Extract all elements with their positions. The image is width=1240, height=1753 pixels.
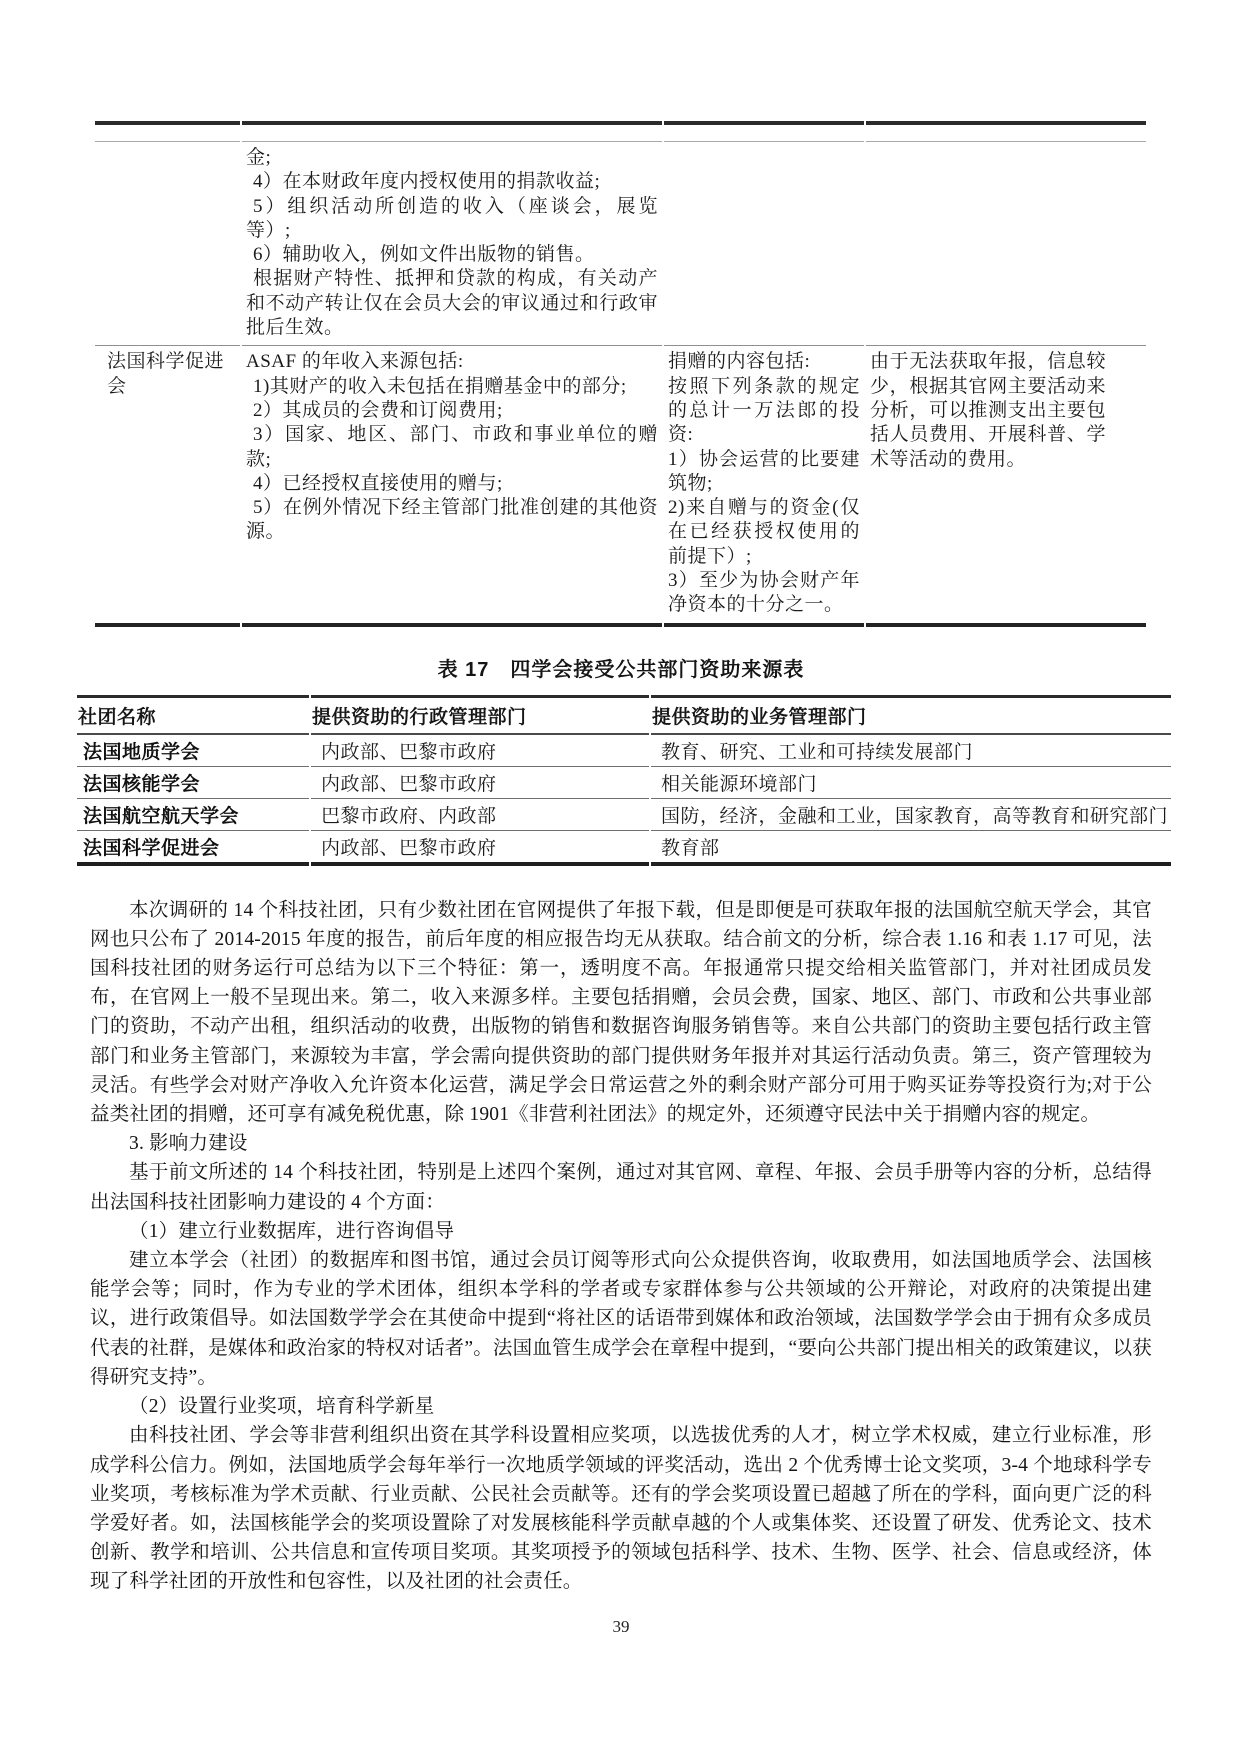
donation-line: 2)来自赠与的资金(仅在已经获授权使用的前提下）;	[668, 496, 860, 569]
income-line: 3）国家、地区、部门、市政和事业单位的赠款;	[246, 423, 658, 472]
cell-business-dept: 相关能源环境部门	[651, 767, 1171, 799]
cell-business-dept: 国防，经济，金融和工业，国家教育，高等教育和研究部门	[651, 799, 1171, 831]
page-number: 39	[90, 1617, 1152, 1637]
page-content: 金; 4）在本财政年度内授权使用的捐款收益; 5）组织活动所创造的收入（座谈会，…	[90, 121, 1152, 1637]
income-line: 根据财产特性、抵押和贷款的构成，有关动产和不动产转让仅在会员大会的审议通过和行政…	[246, 267, 658, 340]
cell-income-sources: ASAF 的年收入来源包括: 1)其财产的收入未包括在捐赠基金中的部分; 2）其…	[242, 345, 662, 626]
cell-society-name-empty	[95, 142, 240, 345]
subsection-heading: （2）设置行业奖项，培育科学新星	[90, 1392, 1152, 1421]
cell-admin-dept: 内政部、巴黎市政府	[311, 767, 649, 799]
rule-cell	[242, 121, 662, 142]
cell-society-name: 法国核能学会	[77, 767, 309, 799]
rule-cell	[866, 121, 1146, 142]
table-row: 法国核能学会 内政部、巴黎市政府 相关能源环境部门	[77, 767, 1171, 799]
table-row-asaf: 法国科学促进会 ASAF 的年收入来源包括: 1)其财产的收入未包括在捐赠基金中…	[95, 345, 1146, 626]
table-row: 法国科学促进会 内政部、巴黎市政府 教育部	[77, 831, 1171, 866]
cell-expense-empty	[866, 142, 1146, 345]
header-society-name: 社团名称	[77, 695, 309, 735]
income-line: 4）已经授权直接使用的赠与;	[246, 472, 658, 496]
income-line: 2）其成员的会费和订阅费用;	[246, 399, 658, 423]
income-line: 6）辅助收入，例如文件出版物的销售。	[246, 243, 658, 267]
cell-donation-content: 捐赠的内容包括: 按照下列条款的规定的总计一万法郎的投资: 1）协会运营的比要建…	[664, 345, 864, 626]
subsection-heading: （1）建立行业数据库，进行咨询倡导	[90, 1217, 1152, 1246]
donation-line: 按照下列条款的规定的总计一万法郎的投资:	[668, 375, 860, 448]
body-paragraph: 由科技社团、学会等非营利组织出资在其学科设置相应奖项，以选拔优秀的人才，树立学术…	[90, 1421, 1152, 1596]
income-line: 5）在例外情况下经主管部门批准创建的其他资源。	[246, 496, 658, 545]
continued-table: 金; 4）在本财政年度内授权使用的捐款收益; 5）组织活动所创造的收入（座谈会，…	[93, 121, 1148, 627]
cell-society-name: 法国科学促进会	[77, 831, 309, 866]
body-paragraph: 建立本学会（社团）的数据库和图书馆，通过会员订阅等形式向公众提供咨询，收取费用，…	[90, 1246, 1152, 1392]
table17-header-row: 社团名称 提供资助的行政管理部门 提供资助的业务管理部门	[77, 695, 1171, 735]
body-paragraph: 基于前文所述的 14 个科技社团，特别是上述四个案例，通过对其官网、章程、年报、…	[90, 1158, 1152, 1216]
income-line: 1)其财产的收入未包括在捐赠基金中的部分;	[246, 375, 658, 399]
section-heading: 3. 影响力建设	[90, 1129, 1152, 1158]
rule-cell	[95, 121, 240, 142]
table-row: 法国航空航天学会 巴黎市政府、内政部 国防，经济，金融和工业，国家教育，高等教育…	[77, 799, 1171, 831]
table-row-continuation: 金; 4）在本财政年度内授权使用的捐款收益; 5）组织活动所创造的收入（座谈会，…	[95, 142, 1146, 345]
cell-admin-dept: 巴黎市政府、内政部	[311, 799, 649, 831]
donation-line: 3）至少为协会财产年净资本的十分之一。	[668, 569, 860, 618]
table-row: 法国地质学会 内政部、巴黎市政府 教育、研究、工业和可持续发展部门	[77, 735, 1171, 767]
cell-business-dept: 教育、研究、工业和可持续发展部门	[651, 735, 1171, 767]
donation-line: 1）协会运营的比要建筑物;	[668, 448, 860, 497]
cell-business-dept: 教育部	[651, 831, 1171, 866]
table-17: 社团名称 提供资助的行政管理部门 提供资助的业务管理部门 法国地质学会 内政部、…	[75, 695, 1173, 866]
income-line: ASAF 的年收入来源包括:	[246, 350, 658, 374]
rule-cell	[664, 121, 864, 142]
cell-income-continuation: 金; 4）在本财政年度内授权使用的捐款收益; 5）组织活动所创造的收入（座谈会，…	[242, 142, 662, 345]
cell-society-name: 法国科学促进会	[95, 345, 240, 626]
income-line: 5）组织活动所创造的收入（座谈会，展览等）;	[246, 195, 658, 244]
cell-admin-dept: 内政部、巴黎市政府	[311, 735, 649, 767]
cell-admin-dept: 内政部、巴黎市政府	[311, 831, 649, 866]
header-admin-dept: 提供资助的行政管理部门	[311, 695, 649, 735]
cell-society-name: 法国航空航天学会	[77, 799, 309, 831]
document-page: 金; 4）在本财政年度内授权使用的捐款收益; 5）组织活动所创造的收入（座谈会，…	[0, 0, 1240, 1753]
body-text: 本次调研的 14 个科技社团，只有少数社团在官网提供了年报下载，但是即便是可获取…	[90, 896, 1152, 1597]
table-rule-row	[95, 121, 1146, 142]
header-business-dept: 提供资助的业务管理部门	[651, 695, 1171, 735]
cell-expense-note: 由于无法获取年报，信息较少，根据其官网主要活动来分析，可以推测支出主要包括人员费…	[866, 345, 1146, 626]
donation-line: 捐赠的内容包括:	[668, 350, 860, 374]
table17-caption: 表 17 四学会接受公共部门资助来源表	[90, 653, 1152, 682]
cell-society-name: 法国地质学会	[77, 735, 309, 767]
income-line: 金;	[246, 146, 658, 170]
cell-donation-empty	[664, 142, 864, 345]
income-line: 4）在本财政年度内授权使用的捐款收益;	[246, 170, 658, 194]
body-paragraph: 本次调研的 14 个科技社团，只有少数社团在官网提供了年报下载，但是即便是可获取…	[90, 896, 1152, 1130]
